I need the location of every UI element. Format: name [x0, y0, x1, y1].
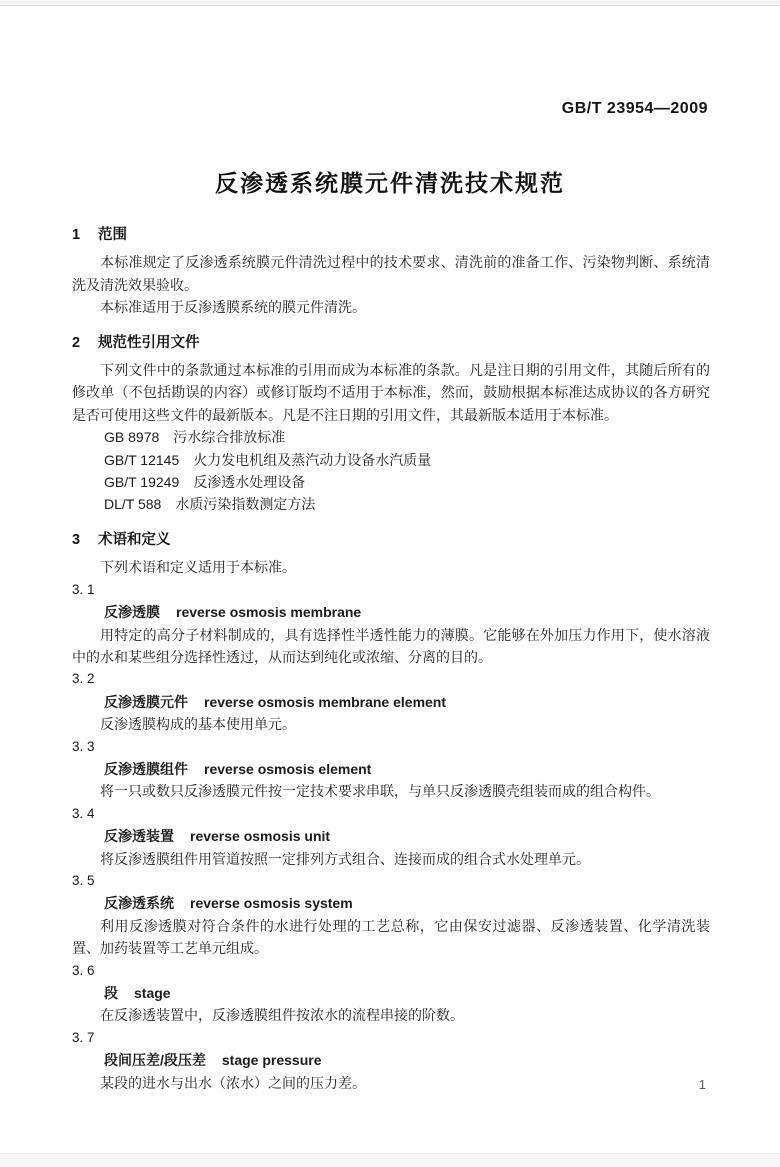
- term-heading: 反渗透膜元件reverse osmosis membrane element: [72, 691, 710, 713]
- reference-code: DL/T 588: [104, 496, 161, 512]
- section-title: 规范性引用文件: [98, 335, 200, 351]
- section-number: 1: [72, 224, 86, 246]
- term-heading: 段间压差/段压差stage pressure: [72, 1049, 710, 1071]
- term-definition: 用特定的高分子材料制成的，具有选择性半透性能力的薄膜。它能够在外加压力作用下，使…: [72, 624, 710, 669]
- reference-item: GB/T 12145火力发电机组及蒸汽动力设备水汽质量: [72, 449, 710, 471]
- term-heading: 反渗透系统reverse osmosis system: [72, 892, 710, 914]
- section-title: 术语和定义: [98, 532, 171, 548]
- term-name-en: reverse osmosis membrane element: [204, 694, 446, 710]
- paragraph: 本标准规定了反渗透系统膜元件清洗过程中的技术要求、清洗前的准备工作、污染物判断、…: [72, 251, 710, 296]
- section-scope: 1范围 本标准规定了反渗透系统膜元件清洗过程中的技术要求、清洗前的准备工作、污染…: [72, 224, 710, 319]
- document-page: GB/T 23954—2009 反渗透系统膜元件清洗技术规范 1范围 本标准规定…: [0, 0, 780, 1167]
- document-body: 1范围 本标准规定了反渗透系统膜元件清洗过程中的技术要求、清洗前的准备工作、污染…: [72, 224, 710, 1094]
- term-block: 3. 2 反渗透膜元件reverse osmosis membrane elem…: [72, 668, 710, 735]
- term-number: 3. 7: [72, 1027, 710, 1049]
- section-terms-definitions: 3术语和定义 下列术语和定义适用于本标准。 3. 1 反渗透膜reverse o…: [72, 529, 710, 1094]
- section-number: 2: [72, 332, 86, 354]
- term-name-en: reverse osmosis element: [204, 761, 371, 777]
- reference-item: DL/T 588水质污染指数测定方法: [72, 493, 710, 515]
- reference-title: 反渗透水处理设备: [193, 474, 305, 490]
- scan-top-edge: [0, 0, 780, 6]
- term-heading: 反渗透膜组件reverse osmosis element: [72, 758, 710, 780]
- reference-code: GB/T 12145: [104, 452, 179, 468]
- term-number: 3. 5: [72, 870, 710, 892]
- paragraph: 下列文件中的条款通过本标准的引用而成为本标准的条款。凡是注日期的引用文件，其随后…: [72, 359, 710, 426]
- document-title: 反渗透系统膜元件清洗技术规范: [0, 165, 780, 198]
- term-block: 3. 7 段间压差/段压差stage pressure 某段的进水与出水（浓水）…: [72, 1027, 710, 1094]
- term-name-zh: 反渗透膜: [104, 604, 160, 620]
- reference-code: GB 8978: [104, 429, 159, 445]
- section-heading: 2规范性引用文件: [72, 332, 710, 354]
- standard-code: GB/T 23954—2009: [562, 100, 708, 118]
- term-name-zh: 段: [104, 985, 118, 1001]
- section-title: 范围: [98, 227, 127, 243]
- term-definition: 反渗透膜构成的基本使用单元。: [72, 713, 710, 735]
- term-number: 3. 6: [72, 960, 710, 982]
- reference-item: GB 8978污水综合排放标准: [72, 426, 710, 448]
- term-definition: 在反渗透装置中，反渗透膜组件按浓水的流程串接的阶数。: [72, 1004, 710, 1026]
- term-name-en: stage: [134, 985, 171, 1001]
- term-block: 3. 1 反渗透膜reverse osmosis membrane 用特定的高分…: [72, 579, 710, 669]
- reference-title: 火力发电机组及蒸汽动力设备水汽质量: [193, 452, 431, 468]
- term-name-zh: 反渗透装置: [104, 828, 174, 844]
- term-name-en: reverse osmosis system: [190, 895, 353, 911]
- term-definition: 将一只或数只反渗透膜元件按一定技术要求串联，与单只反渗透膜壳组装而成的组合构件。: [72, 780, 710, 802]
- reference-code: GB/T 19249: [104, 474, 179, 490]
- paragraph: 本标准适用于反渗透膜系统的膜元件清洗。: [72, 296, 710, 318]
- term-name-en: reverse osmosis membrane: [176, 604, 361, 620]
- reference-title: 水质污染指数测定方法: [175, 496, 315, 512]
- term-name-zh: 段间压差/段压差: [104, 1052, 206, 1068]
- term-definition: 某段的进水与出水（浓水）之间的压力差。: [72, 1072, 710, 1094]
- term-heading: 反渗透装置reverse osmosis unit: [72, 825, 710, 847]
- term-name-zh: 反渗透系统: [104, 895, 174, 911]
- term-number: 3. 3: [72, 736, 710, 758]
- section-number: 3: [72, 529, 86, 551]
- term-name-en: stage pressure: [222, 1052, 322, 1068]
- term-name-zh: 反渗透膜元件: [104, 694, 188, 710]
- section-normative-references: 2规范性引用文件 下列文件中的条款通过本标准的引用而成为本标准的条款。凡是注日期…: [72, 332, 710, 516]
- page-number: 1: [699, 1077, 706, 1092]
- section-heading: 3术语和定义: [72, 529, 710, 551]
- term-name-en: reverse osmosis unit: [190, 828, 330, 844]
- section-heading: 1范围: [72, 224, 710, 246]
- term-name-zh: 反渗透膜组件: [104, 761, 188, 777]
- term-number: 3. 4: [72, 803, 710, 825]
- term-definition: 将反渗透膜组件用管道按照一定排列方式组合、连接而成的组合式水处理单元。: [72, 848, 710, 870]
- term-block: 3. 3 反渗透膜组件reverse osmosis element 将一只或数…: [72, 736, 710, 803]
- term-number: 3. 2: [72, 668, 710, 690]
- reference-title: 污水综合排放标准: [173, 429, 285, 445]
- term-number: 3. 1: [72, 579, 710, 601]
- term-block: 3. 6 段stage 在反渗透装置中，反渗透膜组件按浓水的流程串接的阶数。: [72, 960, 710, 1027]
- term-heading: 段stage: [72, 982, 710, 1004]
- term-definition: 利用反渗透膜对符合条件的水进行处理的工艺总称，它由保安过滤器、反渗透装置、化学清…: [72, 915, 710, 960]
- reference-item: GB/T 19249反渗透水处理设备: [72, 471, 710, 493]
- scan-bottom-edge: [0, 1153, 780, 1167]
- term-block: 3. 5 反渗透系统reverse osmosis system 利用反渗透膜对…: [72, 870, 710, 960]
- term-heading: 反渗透膜reverse osmosis membrane: [72, 601, 710, 623]
- paragraph: 下列术语和定义适用于本标准。: [72, 556, 710, 578]
- term-block: 3. 4 反渗透装置reverse osmosis unit 将反渗透膜组件用管…: [72, 803, 710, 870]
